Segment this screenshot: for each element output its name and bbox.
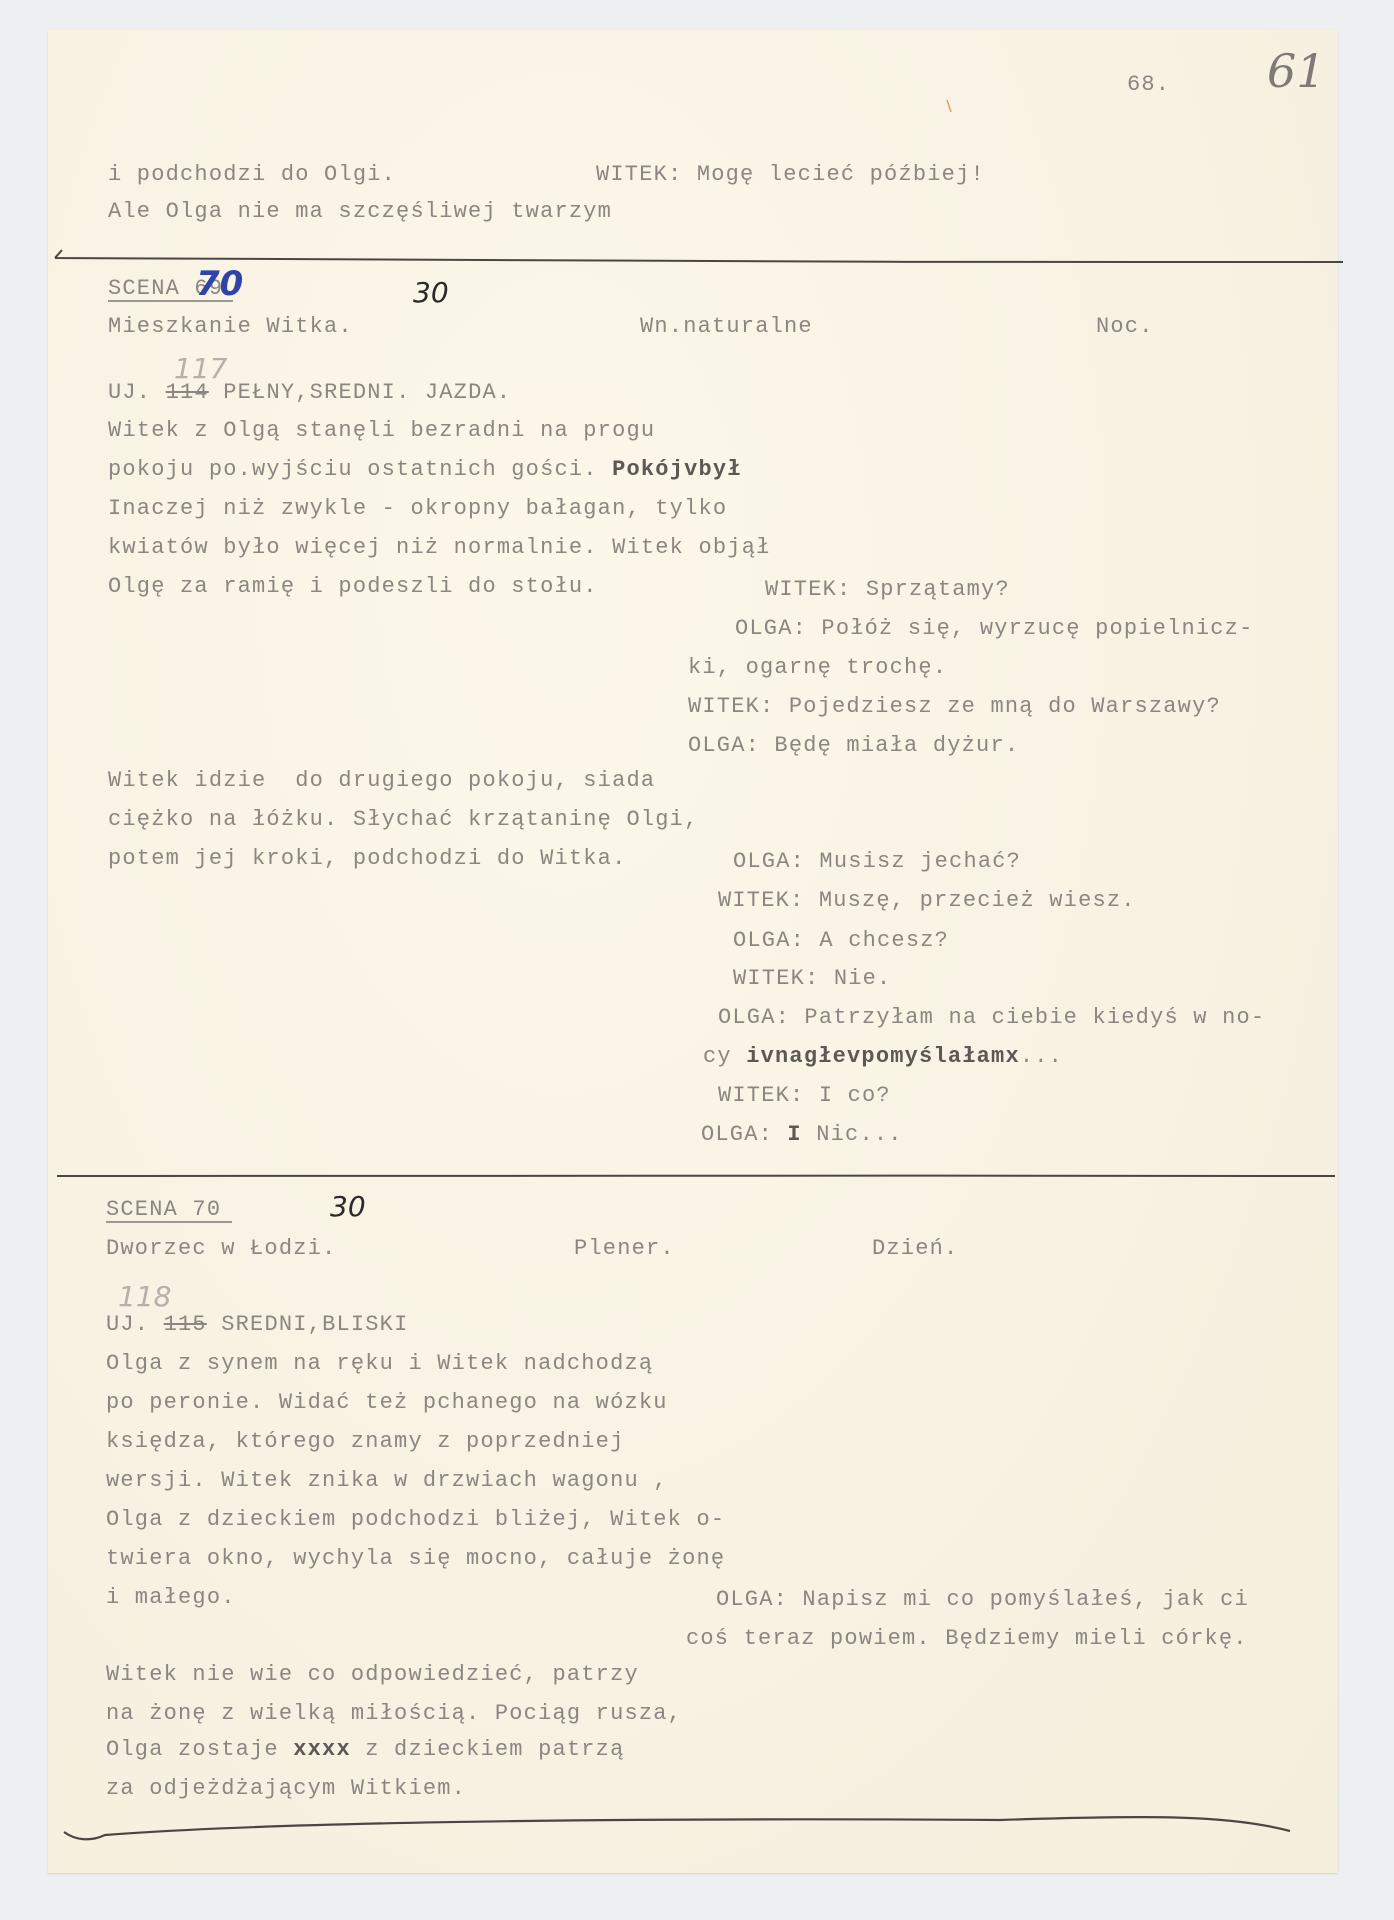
scene-prefix: SCENA [108, 276, 180, 301]
action-line: twiera okno, wychyla się mocno, całuje ż… [106, 1546, 725, 1572]
scene-2-location: Dworzec w Łodzi. [106, 1236, 336, 1262]
dialogue-line: OLGA: Musisz jechać? [733, 849, 1021, 875]
separator-line-3 [64, 1817, 1290, 1839]
strikeout-text: Pokójvbył [612, 457, 742, 482]
strikeout-text: I [787, 1122, 801, 1147]
action-line: na żonę z wielką miłością. Pociąg rusza, [106, 1701, 682, 1727]
shot-prefix: UJ. [108, 380, 151, 405]
action-line: ciężko na łóżku. Słychać krzątaninę Olgi… [108, 807, 699, 833]
action-line: Olga zostaje xxxx z dzieckiem patrzą [106, 1737, 625, 1763]
action-line: i małego. [106, 1585, 236, 1611]
dialogue-line: WITEK: Pojedziesz ze mną do Warszawy? [688, 694, 1221, 720]
struck-shot-number: 115 [164, 1312, 207, 1337]
dialogue-line: cy ivnagłevpomyślałamx... [703, 1044, 1063, 1070]
typed-scene-number: 70 [192, 1197, 221, 1222]
shot-description: PEŁNY,SREDNI. JAZDA. [223, 380, 511, 405]
dialogue-line: WITEK: Sprzątamy? [765, 577, 1010, 603]
action-line: Witek idzie do drugiego pokoju, siada [108, 768, 655, 794]
scene-2-handwritten-note: 30 [330, 1190, 366, 1223]
dialogue-line: OLGA: Będę miała dyżur. [688, 733, 1019, 759]
scene-prefix: SCENA [106, 1197, 178, 1222]
dialogue-line: OLGA: A chcesz? [733, 928, 949, 954]
action-line: potem jej kroki, podchodzi do Witka. [108, 846, 626, 872]
handwritten-page-number: 61 [1267, 44, 1326, 98]
dialogue-text: Mogę lecieć późbiej! [697, 162, 985, 187]
dialogue-line: OLGA: I Nic... [701, 1122, 903, 1148]
action-line: Olga z dzieckiem podchodzi bliżej, Witek… [106, 1507, 725, 1533]
shot-2-line: UJ. 115 SREDNI,BLISKI [106, 1312, 408, 1338]
continuation-dialogue: WITEK: Mogę lecieć późbiej! [596, 162, 985, 188]
strikeout-text: ivnagłevpomyślałamx [746, 1044, 1020, 1069]
struck-shot-number: 114 [166, 380, 209, 405]
scene-2-heading: SCENA 70 [106, 1197, 221, 1223]
scene-2-setting: Plener. [574, 1236, 675, 1262]
action-line: kwiatów było więcej niż normalnie. Witek… [108, 535, 771, 561]
continuation-line-1: i podchodzi do Olgi. [108, 162, 396, 188]
strikeout-text: xxxx [293, 1737, 351, 1762]
continuation-line-2: Ale Olga nie ma szczęśliwej twarzym [108, 199, 612, 225]
scene-1-location: Mieszkanie Witka. [108, 314, 353, 340]
dialogue-line: OLGA: Patrzyłam na ciebie kiedyś w no- [718, 1005, 1265, 1031]
corrected-scene-number: 70 [196, 264, 243, 304]
action-line: Inaczej niż zwykle - okropny bałagan, ty… [108, 496, 727, 522]
action-line: Witek nie wie co odpowiedzieć, patrzy [106, 1662, 639, 1688]
dialogue-line: WITEK: Muszę, przecież wiesz. [718, 888, 1136, 914]
typed-page-number: 68. [1127, 72, 1170, 98]
separator-line-1 [55, 250, 1343, 262]
scene-1-time: Noc. [1096, 314, 1154, 340]
shot-prefix: UJ. [106, 1312, 149, 1337]
dialogue-line: OLGA: Połóż się, wyrzucę popielnicz- [735, 616, 1254, 642]
action-line: Olga z synem na ręku i Witek nadchodzą [106, 1351, 653, 1377]
scene-1-handwritten-note: 30 [413, 276, 449, 309]
pencil-tick [947, 100, 951, 112]
speaker: WITEK: [596, 162, 682, 187]
dialogue-line: coś teraz powiem. Będziemy mieli córkę. [686, 1626, 1248, 1652]
scene-2-time: Dzień. [872, 1236, 958, 1262]
action-line: Olgę za ramię i podeszli do stołu. [108, 574, 598, 600]
action-line: Witek z Olgą stanęli bezradni na progu [108, 418, 655, 444]
dialogue-line: WITEK: I co? [718, 1083, 891, 1109]
dialogue-line: ki, ogarnę trochę. [688, 655, 947, 681]
action-line: po peronie. Widać też pchanego na wózku [106, 1390, 668, 1416]
action-line: pokoju po.wyjściu ostatnich gości. Pokój… [108, 457, 742, 483]
dialogue-line: OLGA: Napisz mi co pomyślałeś, jak ci [716, 1587, 1249, 1613]
scene-1-setting: Wn.naturalne [640, 314, 813, 340]
action-line: za odjeżdżającym Witkiem. [106, 1776, 466, 1802]
shot-2-handwritten-number: 118 [118, 1280, 171, 1313]
shot-description: SREDNI,BLISKI [221, 1312, 408, 1337]
action-line: wersji. Witek znika w drzwiach wagonu , [106, 1468, 668, 1494]
separator-line-2 [57, 1175, 1335, 1176]
dialogue-line: WITEK: Nie. [733, 966, 891, 992]
shot-1-line: UJ. 114 PEŁNY,SREDNI. JAZDA. [108, 380, 511, 406]
action-line: księdza, którego znamy z poprzedniej [106, 1429, 624, 1455]
